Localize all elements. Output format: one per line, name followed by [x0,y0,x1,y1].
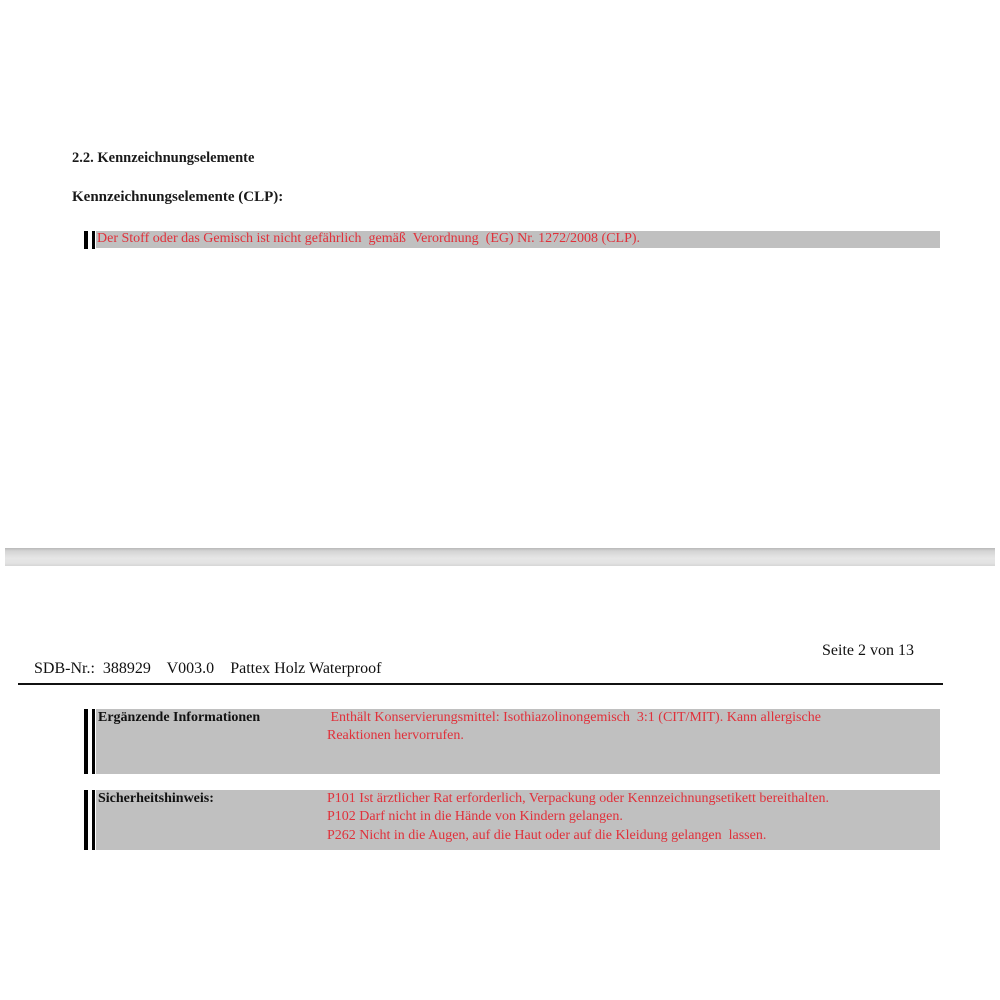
change-bar-icon [84,231,96,249]
page-indicator: Seite 2 von 13 [822,642,914,660]
sdb-label: SDB-Nr.: [34,660,95,677]
sdb-number: 388929 [103,660,151,677]
precautionary-statements-block: Sicherheitshinweis: P101 Ist ärztlicher … [84,790,940,850]
supplementary-info-line-1: Enthält Konservierungsmittel: Isothiazol… [327,710,821,726]
supplementary-info-line-2: Reaktionen hervorrufen. [327,728,464,744]
statement-p262: P262 Nicht in die Augen, auf die Haut od… [327,828,766,844]
header-rule [18,683,943,685]
section-heading: 2.2. Kennzeichnungselemente [72,150,254,167]
document-header: SDB-Nr.: 388929 V003.0 Pattex Holz Water… [26,642,381,678]
clp-statement: Der Stoff oder das Gemisch ist nicht gef… [97,231,640,247]
supplementary-info-label: Ergänzende Informationen [98,710,260,726]
version: V003.0 [167,660,215,677]
statement-p102: P102 Darf nicht in die Hände von Kindern… [327,809,623,825]
product-name: Pattex Holz Waterproof [230,660,381,677]
precautionary-label: Sicherheitshinweis: [98,791,214,807]
change-bar-icon [84,790,96,850]
clp-statement-block: Der Stoff oder das Gemisch ist nicht gef… [84,231,940,249]
subheading-clp: Kennzeichnungselemente (CLP): [72,189,283,206]
supplementary-info-block: Ergänzende Informationen Enthält Konserv… [84,709,940,774]
page-separator [5,548,995,566]
change-bar-icon [84,709,96,774]
statement-p101: P101 Ist ärztlicher Rat erforderlich, Ve… [327,791,829,807]
